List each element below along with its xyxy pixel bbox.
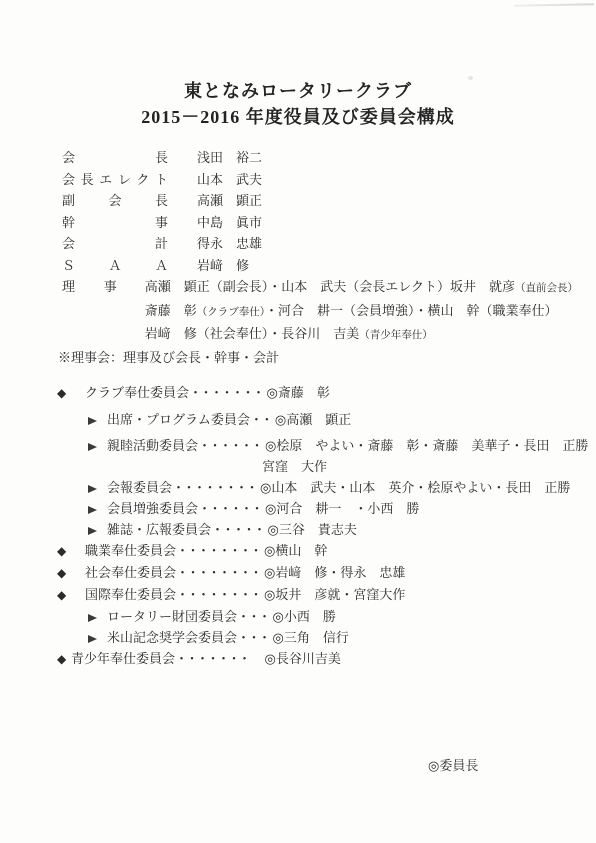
leader-dots-icon: ・・・・・・・・: [176, 540, 264, 561]
board-note: ※理事会：理事及び会長・幹事・会計: [58, 347, 578, 369]
committee-item: 親睦活動委員会・・・・・・◎桧原 やよい・斎藤 彰・斎藤 美華子・長田 正勝: [57, 435, 587, 456]
officer-row: Ｓ Ａ Ａ岩﨑 修: [58, 255, 578, 277]
committee-item: 出席・プログラム委員会・・◎高瀬 顕正: [57, 409, 587, 430]
committee-name: 職業奉仕委員会: [85, 540, 176, 561]
document-title: 東となみロータリークラブ 2015－2016 年度役員及び委員会構成: [0, 78, 596, 130]
committee-members: ◎山本 武夫・山本 英介・桧原やよい・長田 正勝: [260, 477, 570, 498]
arrow-bullet-icon: [88, 485, 97, 493]
committee-item: ◆クラブ奉仕委員会・・・・・・・◎斎藤 彰: [57, 382, 587, 404]
leader-dots-icon: ・・: [250, 409, 275, 430]
committee-members: ◎横山 幹: [264, 540, 327, 561]
committee-members: ◎坂井 彦就・宮窪大作: [264, 584, 405, 605]
committee-members: ◎三谷 貴志夫: [268, 519, 357, 540]
officer-name: 岩﨑 修: [197, 255, 249, 277]
leader-dots-icon: ・・・・・・: [198, 498, 265, 519]
leader-dots-icon: ・・・・・・・・: [176, 562, 264, 583]
title-line1: 東となみロータリークラブ: [0, 78, 596, 104]
arrow-bullet-icon: [88, 635, 97, 643]
arrow-bullet-icon: [88, 614, 97, 622]
directors-lines: 高瀬 顕正（副会長）・山本 武夫（会長エレクト）坂井 就彦（直前会長）斎藤 彰（…: [145, 276, 578, 347]
leader-dots-icon: ・・・・・・・・: [172, 477, 260, 498]
officer-row: 会長浅田 裕二: [58, 147, 578, 169]
name-segment: ・河合 耕一（会員増強）・横山 幹（職業奉仕）: [265, 303, 558, 318]
title-line2: 2015－2016 年度役員及び委員会構成: [0, 104, 596, 130]
officer-row: 会計得永 忠雄: [58, 233, 578, 255]
chairperson-legend: ◎委員長: [428, 755, 478, 774]
committee-name: ロータリー財団委員会: [107, 606, 237, 627]
leader-dots-icon: ・・・・・・・: [189, 382, 267, 403]
leader-dots-icon: ・・・・・・・・: [176, 584, 264, 605]
officer-title: 会長エレクト: [62, 169, 168, 191]
officer-name: 中島 眞市: [197, 212, 262, 234]
committee-item: 会報委員会・・・・・・・・◎山本 武夫・山本 英介・桧原やよい・長田 正勝: [57, 477, 587, 498]
officer-name: 浅田 裕二: [197, 147, 262, 169]
officer-title: Ｓ Ａ Ａ: [62, 255, 168, 277]
committee-item: 米山記念奨学会委員会・・・◎三角 信行: [57, 627, 587, 648]
committee-members-continuation: 宮窪 大作: [57, 456, 587, 477]
officer-title: 会計: [62, 233, 168, 255]
committee-name: 会員増強委員会: [107, 498, 198, 519]
directors-row: 理事高瀬 顕正（副会長）・山本 武夫（会長エレクト）坂井 就彦（直前会長）斎藤 …: [58, 276, 578, 347]
name-segment: （青少年奉仕）: [359, 330, 433, 341]
committee-members: ◎桧原 やよい・斎藤 彰・斎藤 美華子・長田 正勝: [265, 435, 588, 456]
committee-members: ◎斎藤 彰: [267, 382, 330, 403]
committee-name: クラブ奉仕委員会: [85, 382, 189, 403]
committee-name: 米山記念奨学会委員会: [107, 627, 237, 648]
committee-name: 親睦活動委員会: [107, 435, 198, 456]
diamond-bullet-icon: ◆: [57, 563, 70, 584]
committee-item: ◆青少年奉仕委員会・・・・・・・◎長谷川吉美: [57, 648, 587, 670]
committee-item: 会員増強委員会・・・・・・◎河合 耕一 ・小西 勝: [57, 498, 587, 519]
scan-artifact-line: [514, 3, 594, 6]
directors-title: 理事: [62, 276, 117, 347]
committee-members: ◎河合 耕一 ・小西 勝: [265, 498, 419, 519]
directors-line: 岩﨑 修（社会奉仕）・長谷川 吉美（青少年奉仕）: [145, 323, 578, 347]
officer-title: 副会長: [62, 190, 168, 212]
arrow-bullet-icon: [88, 506, 97, 514]
diamond-bullet-icon: ◆: [57, 649, 70, 670]
name-segment: 高瀬 顕正（副会長）・山本 武夫（会長エレクト）坂井 就彦: [145, 279, 515, 294]
committee-name: 社会奉仕委員会: [85, 562, 176, 583]
officer-row: 会長エレクト山本 武夫: [58, 169, 578, 191]
arrow-bullet-icon: [88, 443, 97, 451]
committee-members: ◎長谷川吉美: [265, 648, 341, 669]
arrow-bullet-icon: [88, 417, 97, 425]
committee-item: ロータリー財団委員会・・・◎小西 勝: [57, 606, 587, 627]
leader-dots-icon: ・・・・・: [211, 519, 268, 540]
committee-members: ◎三角 信行: [273, 627, 349, 648]
committee-name: 青少年奉仕委員会: [71, 648, 175, 669]
diamond-bullet-icon: ◆: [57, 585, 70, 606]
committee-item: 雑誌・広報委員会・・・・・◎三谷 貴志夫: [57, 519, 587, 540]
officer-title: 会長: [62, 147, 168, 169]
committee-name: 国際奉仕委員会: [85, 584, 176, 605]
committee-name: 出席・プログラム委員会: [107, 409, 250, 430]
committee-item: ◆職業奉仕委員会・・・・・・・・◎横山 幹: [57, 540, 587, 562]
committee-name: 雑誌・広報委員会: [107, 519, 211, 540]
name-segment: 岩﨑 修（社会奉仕）・長谷川 吉美: [145, 326, 360, 341]
officer-row: 幹事中島 眞市: [58, 212, 578, 234]
officer-name: 得永 忠雄: [197, 233, 262, 255]
leader-dots-icon: ・・・: [237, 627, 273, 648]
name-segment: （クラブ奉仕）: [197, 307, 265, 318]
committee-name: 会報委員会: [107, 477, 172, 498]
committee-members: ◎小西 勝: [273, 606, 336, 627]
scanned-page: 東となみロータリークラブ 2015－2016 年度役員及び委員会構成 会長浅田 …: [0, 0, 596, 843]
committee-item: ◆国際奉仕委員会・・・・・・・・◎坂井 彦就・宮窪大作: [57, 584, 587, 606]
officer-row: 副会長高瀬 顕正: [58, 190, 578, 212]
diamond-bullet-icon: ◆: [57, 541, 70, 562]
leader-dots-icon: ・・・・・・: [198, 435, 265, 456]
directors-line: 高瀬 顕正（副会長）・山本 武夫（会長エレクト）坂井 就彦（直前会長）: [145, 276, 578, 300]
arrow-bullet-icon: [88, 527, 97, 535]
name-segment: 斎藤 彰: [145, 303, 197, 318]
diamond-bullet-icon: ◆: [57, 383, 70, 404]
officer-name: 高瀬 顕正: [197, 190, 262, 212]
committee-item: ◆社会奉仕委員会・・・・・・・・◎岩﨑 修・得永 忠雄: [57, 562, 587, 584]
leader-dots-icon: ・・・・・・・: [175, 648, 253, 669]
officers-section: 会長浅田 裕二会長エレクト山本 武夫副会長高瀬 顕正幹事中島 眞市会計得永 忠雄…: [58, 147, 578, 368]
committees-section: ◆クラブ奉仕委員会・・・・・・・◎斎藤 彰出席・プログラム委員会・・◎高瀬 顕正…: [57, 382, 587, 670]
leader-dots-icon: ・・・: [237, 606, 273, 627]
committee-members: ◎高瀬 顕正: [275, 409, 351, 430]
directors-line: 斎藤 彰（クラブ奉仕）・河合 耕一（会員増強）・横山 幹（職業奉仕）: [145, 300, 578, 324]
name-segment: （直前会長）: [515, 283, 578, 294]
committee-members: ◎岩﨑 修・得永 忠雄: [264, 562, 405, 583]
officer-title: 幹事: [62, 212, 168, 234]
officer-name: 山本 武夫: [197, 169, 262, 191]
